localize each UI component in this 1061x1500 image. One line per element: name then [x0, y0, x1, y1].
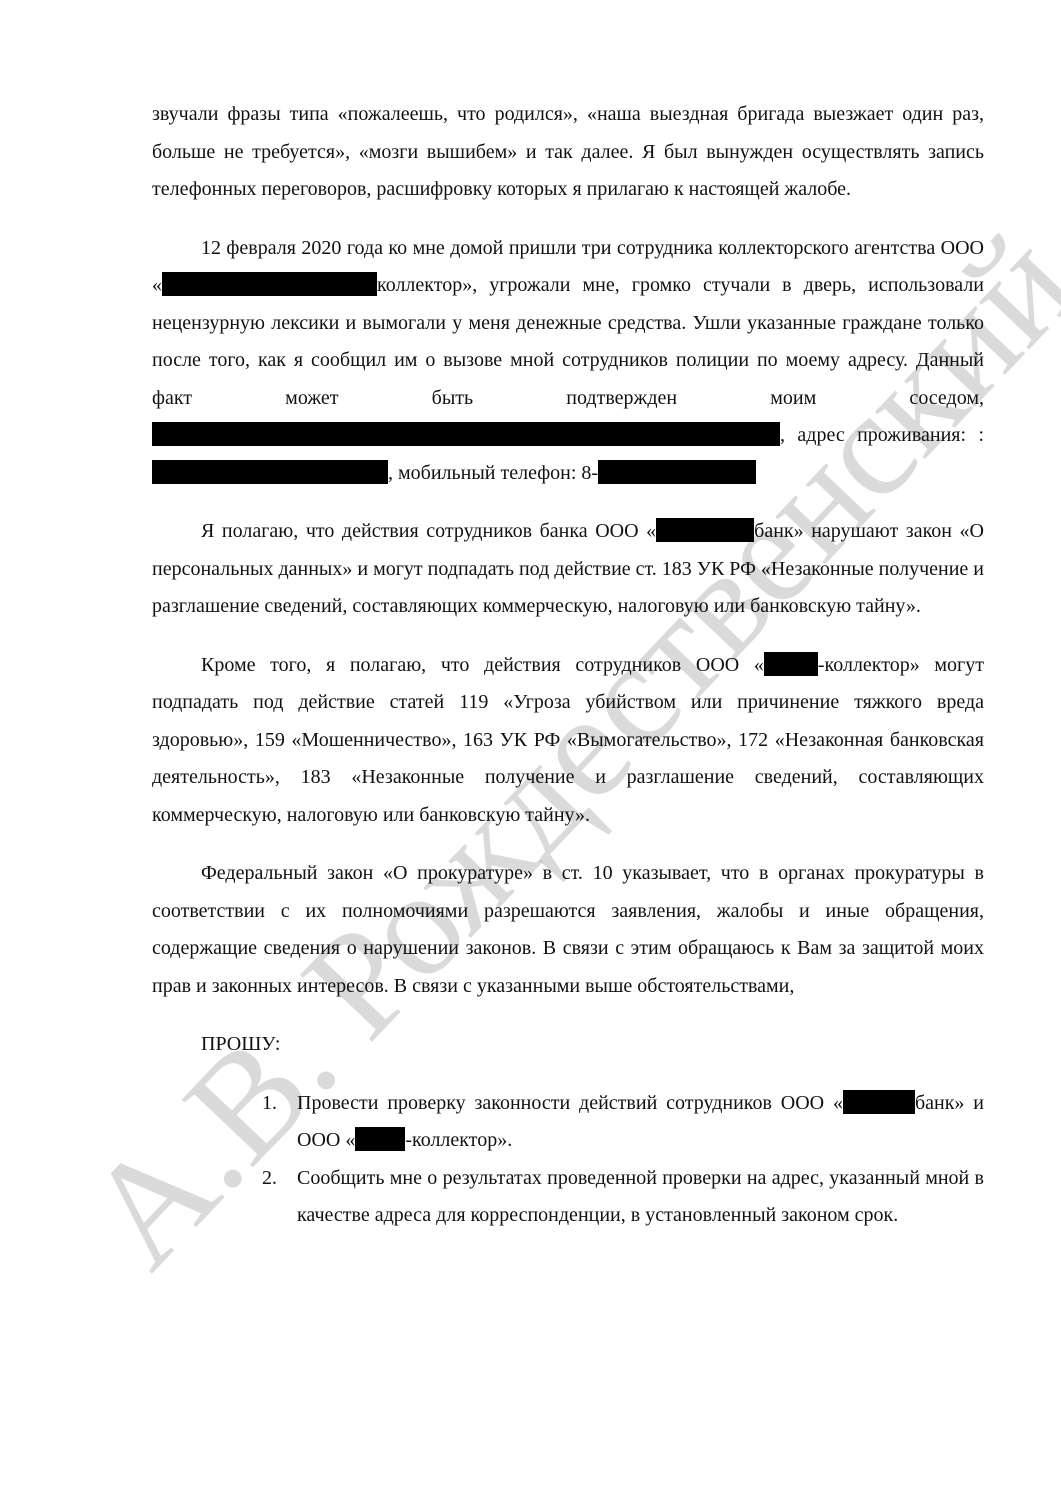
request-heading: ПРОШУ:	[152, 1026, 984, 1064]
redaction-box	[355, 1127, 405, 1151]
redaction-box	[152, 422, 780, 446]
paragraph-bank: Я полагаю, что действия сотрудников банк…	[152, 513, 984, 626]
redaction-box	[843, 1090, 915, 1114]
list-number: 2.	[262, 1160, 277, 1198]
text: Я полагаю, что действия сотрудников банк…	[201, 520, 656, 542]
redaction-box	[656, 518, 754, 542]
request-list: 1.Провести проверку законности действий …	[152, 1085, 984, 1235]
list-item: 2.Сообщить мне о результатах проведенной…	[152, 1160, 984, 1235]
document-page: А.В. Рождественский звучали фразы типа «…	[0, 0, 1061, 1500]
redaction-box	[764, 652, 818, 676]
redaction-box	[162, 272, 377, 296]
text: Кроме того, я полагаю, что действия сотр…	[201, 654, 764, 676]
text: , мобильный телефон: 8-	[388, 462, 598, 484]
text: Сообщить мне о результатах проведенной п…	[297, 1167, 984, 1227]
text: -коллектор».	[405, 1129, 512, 1151]
list-item: 1.Провести проверку законности действий …	[152, 1085, 984, 1160]
text: , адрес проживания: :	[780, 424, 984, 446]
paragraph-threats: звучали фразы типа «пожалеешь, что родил…	[152, 96, 984, 209]
paragraph-collector: Кроме того, я полагаю, что действия сотр…	[152, 647, 984, 835]
text: -коллектор» могут подпадать под действие…	[152, 654, 984, 826]
paragraph-law: Федеральный закон «О прокуратуре» в ст. …	[152, 855, 984, 1005]
list-number: 1.	[262, 1085, 277, 1123]
document-body: звучали фразы типа «пожалеешь, что родил…	[152, 96, 984, 1235]
redaction-box	[598, 460, 756, 484]
text: Провести проверку законности действий со…	[297, 1092, 843, 1114]
paragraph-visit: 12 февраля 2020 года ко мне домой пришли…	[152, 230, 984, 493]
redaction-box	[152, 460, 388, 484]
